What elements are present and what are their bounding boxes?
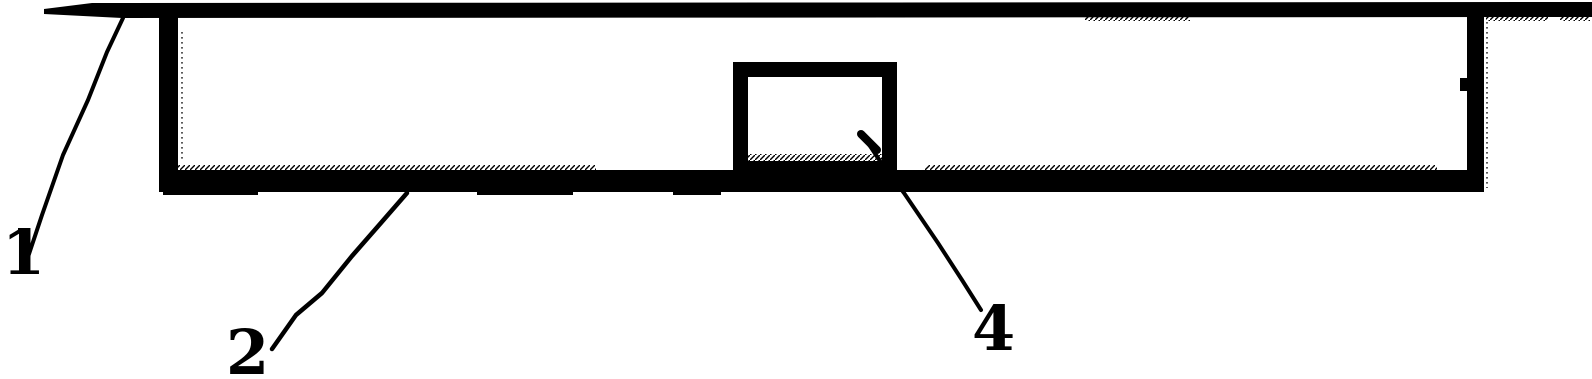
scan-nub-right-wall [1460,78,1468,91]
boss-block [733,62,897,170]
tray-right-wall [1467,15,1484,192]
top-plate [44,2,1592,18]
patent-figure: 1 2 4 [0,0,1592,379]
label-1: 1 [2,222,45,284]
leader-line-2 [272,193,407,349]
scan-smudge-2 [477,192,573,195]
arrow-tick [861,134,877,150]
scan-hatch-floor-left [172,165,596,171]
scan-hatch-boss [748,154,882,161]
scan-hatch-top-right [1486,17,1548,21]
scan-hatch-top-far-right [1560,17,1590,21]
scan-hatch-floor-right [925,165,1437,171]
label-4: 4 [972,298,1015,360]
scan-hatch-under-top-plate [1085,17,1190,21]
scan-smudge-1 [163,192,258,195]
scan-smudge-3 [673,192,721,195]
tray-bottom-wall [159,170,1484,192]
label-2: 2 [226,322,269,379]
